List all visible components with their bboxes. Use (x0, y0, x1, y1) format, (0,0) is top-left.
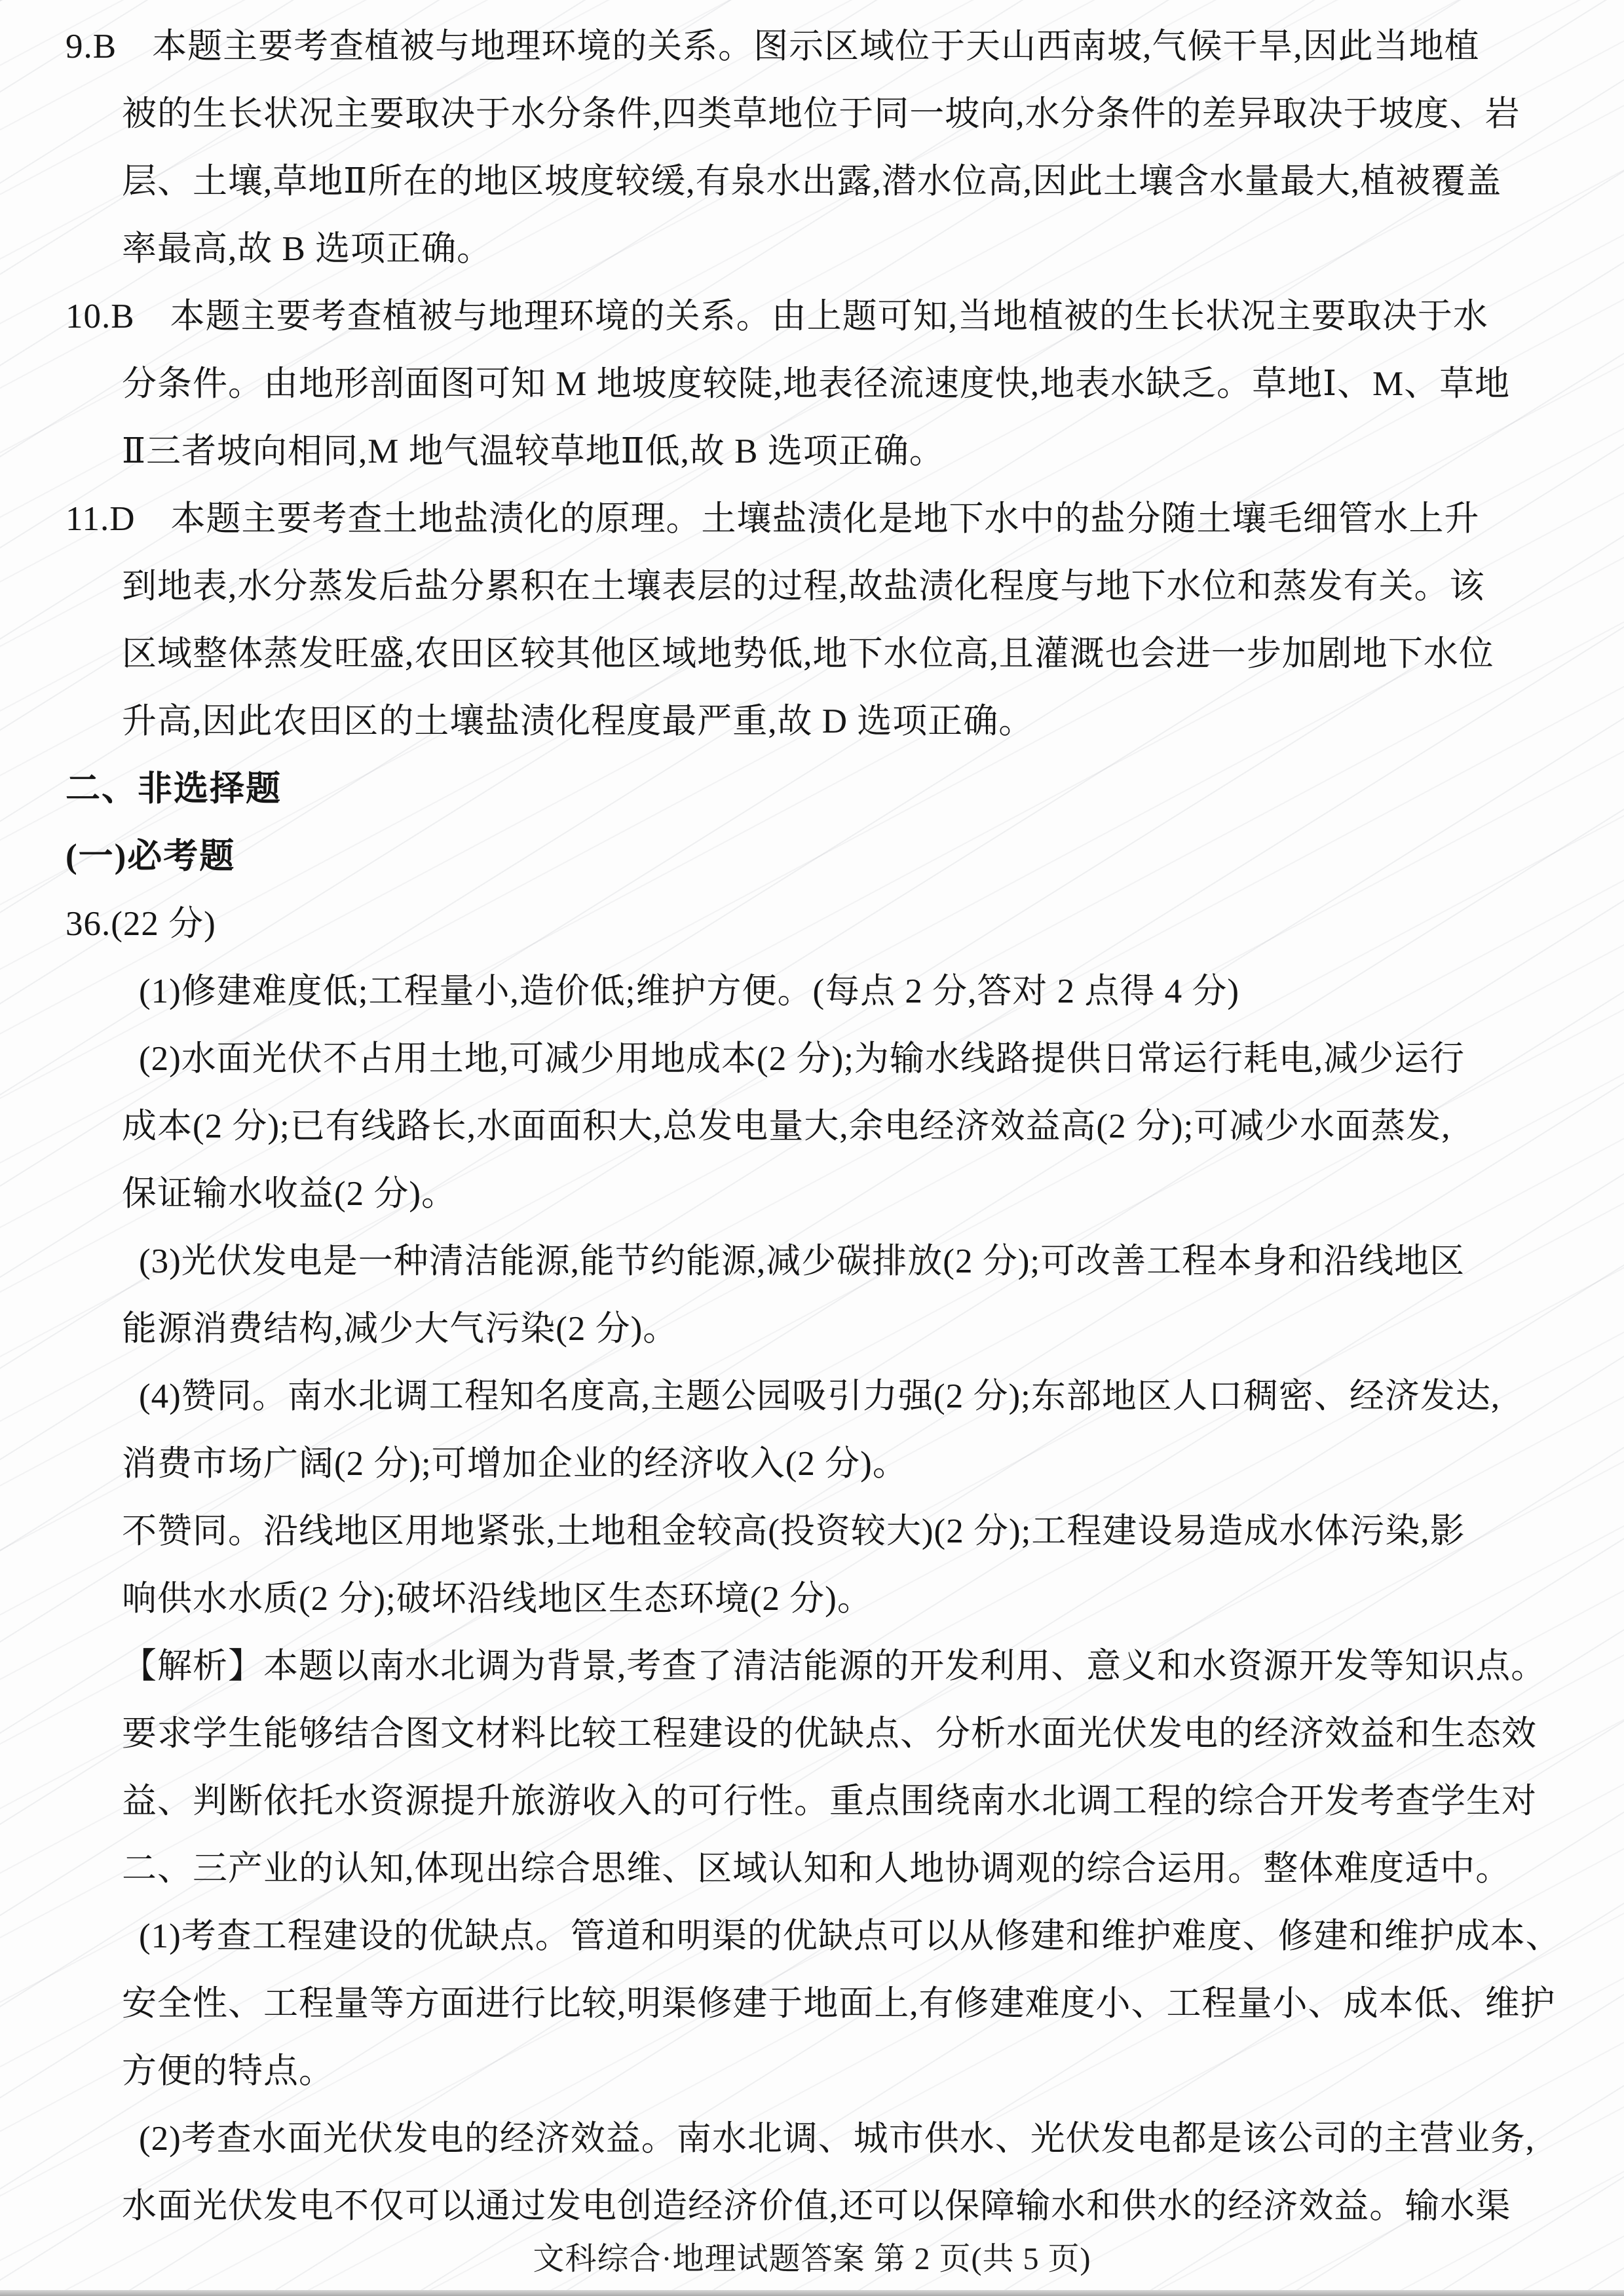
text-line: 安全性、工程量等方面进行比较,明渠修建于地面上,有修建难度小、工程量小、成本低、… (0, 1966, 1624, 2034)
text-line: 分条件。由地形剖面图可知 M 地坡度较陡,地表径流速度快,地表水缺乏。草地Ⅰ、M… (0, 347, 1624, 414)
text-line: (1)考查工程建设的优缺点。管道和明渠的优缺点可以从修建和维护难度、修建和维护成… (0, 1899, 1624, 1966)
text-line: 11.D 本题主要考查土地盐渍化的原理。土壤盐渍化是地下水中的盐分随土壤毛细管水… (0, 482, 1624, 549)
scanned-answer-page: 9.B 本题主要考查植被与地理环境的关系。图示区域位于天山西南坡,气候干旱,因此… (0, 0, 1624, 2296)
text-line: 要求学生能够结合图文材料比较工程建设的优缺点、分析水面光伏发电的经济效益和生态效 (0, 1696, 1624, 1764)
text-line: 消费市场广阔(2 分);可增加企业的经济收入(2 分)。 (0, 1426, 1624, 1494)
text-line: (2)考查水面光伏发电的经济效益。南水北调、城市供水、光伏发电都是该公司的主营业… (0, 2101, 1624, 2169)
text-line: 二、三产业的认知,体现出综合思维、区域认知和人地协调观的综合运用。整体难度适中。 (0, 1831, 1624, 1899)
text-line: 9.B 本题主要考查植被与地理环境的关系。图示区域位于天山西南坡,气候干旱,因此… (0, 9, 1624, 77)
answer-text-block: 9.B 本题主要考查植被与地理环境的关系。图示区域位于天山西南坡,气候干旱,因此… (0, 9, 1624, 2236)
text-line: 升高,因此农田区的土壤盐渍化程度最严重,故 D 选项正确。 (0, 684, 1624, 752)
text-line: 成本(2 分);已有线路长,水面面积大,总发电量大,余电经济效益高(2 分);可… (0, 1089, 1624, 1157)
text-line: (1)修建难度低;工程量小,造价低;维护方便。(每点 2 分,答对 2 点得 4… (0, 954, 1624, 1022)
text-line: 层、土壤,草地Ⅱ所在的地区坡度较缓,有泉水出露,潜水位高,因此土壤含水量最大,植… (0, 144, 1624, 212)
text-line: Ⅱ三者坡向相同,M 地气温较草地Ⅱ低,故 B 选项正确。 (0, 414, 1624, 482)
text-line: 益、判断依托水资源提升旅游收入的可行性。重点围绕南水北调工程的综合开发考查学生对 (0, 1764, 1624, 1831)
text-line: 【解析】本题以南水北调为背景,考查了清洁能源的开发利用、意义和水资源开发等知识点… (0, 1629, 1624, 1696)
text-line: 水面光伏发电不仅可以通过发电创造经济价值,还可以保障输水和供水的经济效益。输水渠 (0, 2169, 1624, 2236)
text-line: (4)赞同。南水北调工程知名度高,主题公园吸引力强(2 分);东部地区人口稠密、… (0, 1359, 1624, 1426)
page-footer: 文科综合·地理试题答案 第 2 页(共 5 页) (0, 2233, 1624, 2278)
text-line: 区域整体蒸发旺盛,农田区较其他区域地势低,地下水位高,且灌溉也会进一步加剧地下水… (0, 617, 1624, 684)
text-line: 被的生长状况主要取决于水分条件,四类草地位于同一坡向,水分条件的差异取决于坡度、… (0, 77, 1624, 144)
text-line: 10.B 本题主要考查植被与地理环境的关系。由上题可知,当地植被的生长状况主要取… (0, 279, 1624, 347)
text-line: 二、非选择题 (0, 752, 1624, 819)
text-line: 能源消费结构,减少大气污染(2 分)。 (0, 1291, 1624, 1359)
text-line: 到地表,水分蒸发后盐分累积在土壤表层的过程,故盐渍化程度与地下水位和蒸发有关。该 (0, 549, 1624, 617)
scan-bottom-edge (0, 2290, 1624, 2296)
text-line: (3)光伏发电是一种清洁能源,能节约能源,减少碳排放(2 分);可改善工程本身和… (0, 1224, 1624, 1291)
text-line: 不赞同。沿线地区用地紧张,土地租金较高(投资较大)(2 分);工程建设易造成水体… (0, 1494, 1624, 1561)
text-line: 36.(22 分) (0, 887, 1624, 954)
text-line: 方便的特点。 (0, 2034, 1624, 2101)
text-line: (2)水面光伏不占用土地,可减少用地成本(2 分);为输水线路提供日常运行耗电,… (0, 1022, 1624, 1089)
text-line: (一)必考题 (0, 819, 1624, 887)
text-line: 保证输水收益(2 分)。 (0, 1157, 1624, 1224)
text-line: 率最高,故 B 选项正确。 (0, 212, 1624, 279)
text-line: 响供水水质(2 分);破坏沿线地区生态环境(2 分)。 (0, 1561, 1624, 1629)
